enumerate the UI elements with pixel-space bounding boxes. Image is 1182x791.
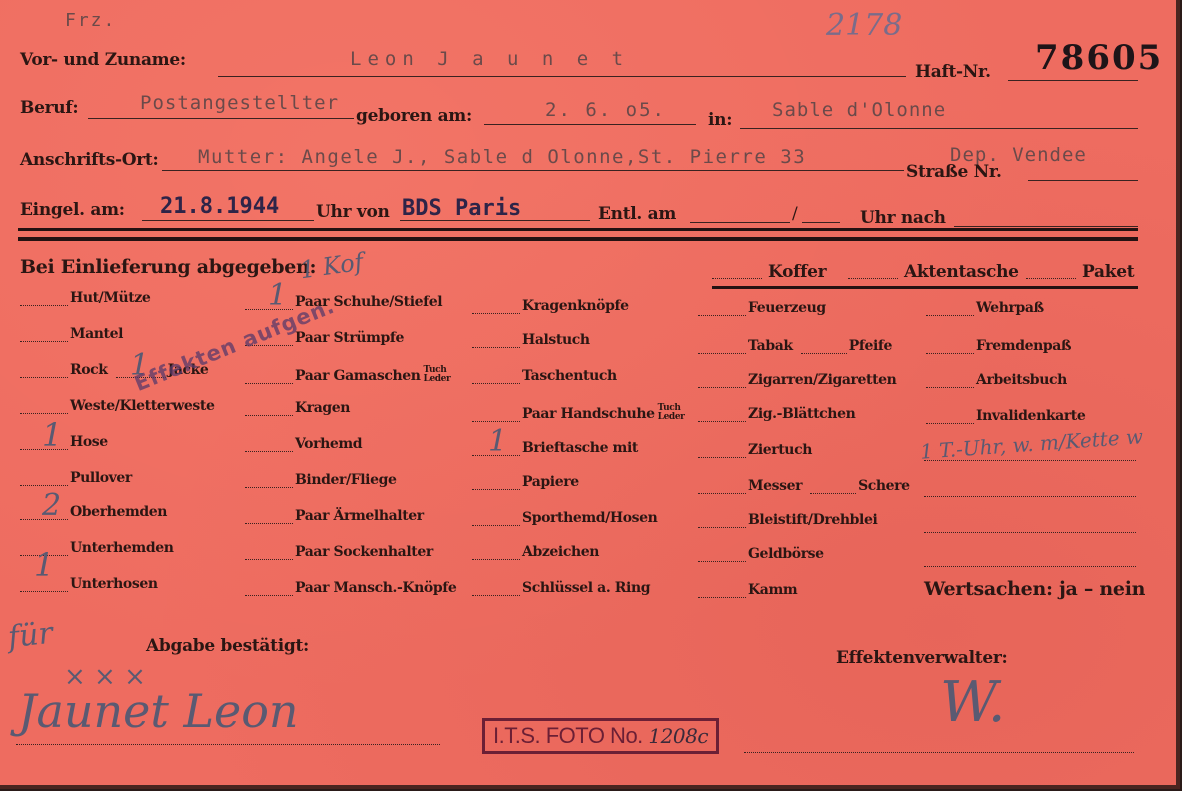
admitted-label: Eingel. am: xyxy=(20,200,125,220)
signature: Jaunet Leon xyxy=(18,684,299,738)
nationality: Frz. xyxy=(65,10,116,31)
street-label: Straße Nr. xyxy=(906,162,1002,182)
list-item: Paar Sockenhalter xyxy=(245,544,433,560)
luggage-koffer: Koffer xyxy=(768,262,826,282)
born-line xyxy=(484,124,696,125)
list-item: Hose xyxy=(20,434,108,450)
paket-dots xyxy=(1026,278,1076,279)
its-photo-stamp: I.T.S. FOTO No. 1208c xyxy=(482,718,719,754)
prisoner-no-label: Haft-Nr. xyxy=(915,62,991,82)
divider-thick xyxy=(18,228,1138,231)
qty-oberhemden: 2 xyxy=(42,488,61,523)
qty-brieftasche: 1 xyxy=(488,424,507,459)
list-item: Paar Ärmelhalter xyxy=(245,508,424,524)
effects-title-note: 1 Kof xyxy=(298,248,365,285)
list-item: Zigarren/Zigaretten xyxy=(698,372,896,388)
extra-line-2 xyxy=(924,496,1136,497)
address-label: Anschrifts-Ort: xyxy=(20,150,158,170)
signature-prefix: für xyxy=(6,616,54,655)
custodian-label: Effektenverwalter: xyxy=(836,648,1007,668)
released-line xyxy=(690,222,790,223)
list-item: Schlüssel a. Ring xyxy=(472,580,650,596)
list-item: Arbeitsbuch xyxy=(926,372,1067,388)
admitted-line xyxy=(142,220,314,221)
custodian-line xyxy=(744,752,1134,753)
list-item: Binder/Fliege xyxy=(245,472,397,488)
list-item: Hut/Mütze xyxy=(20,290,150,306)
its-stamp-label: I.T.S. FOTO No. xyxy=(493,723,643,748)
name-line xyxy=(218,76,906,77)
luggage-paket: Paket xyxy=(1082,262,1134,282)
list-item: Mantel xyxy=(20,326,123,342)
born-value: 2. 6. o5. xyxy=(545,99,666,121)
list-item: Sporthemd/Hosen xyxy=(472,510,657,526)
list-item: Bleistift/Drehblei xyxy=(698,512,877,528)
to-line xyxy=(954,226,1138,227)
released-time-line xyxy=(802,222,840,223)
list-item: Papiere xyxy=(472,474,579,490)
released-slash: / xyxy=(792,204,797,224)
occupation-label: Beruf: xyxy=(20,98,78,118)
name-label: Vor- und Zuname: xyxy=(20,50,186,70)
list-item: Taschentuch xyxy=(472,368,617,384)
extra-item-watch: 1 T.-Uhr, w. m/Kette w xyxy=(919,424,1143,464)
born-in-line xyxy=(740,128,1138,129)
koffer-dots xyxy=(712,278,762,279)
aktentasche-dots xyxy=(848,278,898,279)
list-item: Geldbörse xyxy=(698,546,824,562)
confirm-label: Abgabe bestätigt: xyxy=(146,636,309,656)
signature-line xyxy=(16,744,440,745)
list-item: Invalidenkarte xyxy=(926,408,1085,424)
list-item: Vorhemd xyxy=(245,436,362,452)
address-line xyxy=(162,170,904,171)
list-item: Kragenknöpfe xyxy=(472,298,629,314)
qty-unterhosen: 1 xyxy=(34,546,54,584)
list-item: Abzeichen xyxy=(472,544,599,560)
extra-line-4 xyxy=(924,566,1136,567)
qty-hose: 1 xyxy=(42,416,62,454)
list-item: Fremdenpaß xyxy=(926,338,1071,354)
list-item: Wehrpaß xyxy=(926,300,1044,316)
list-item: Kragen xyxy=(245,400,350,416)
list-item: Ziertuch xyxy=(698,442,812,458)
occupation-line xyxy=(88,118,354,119)
born-in-label: in: xyxy=(708,110,732,130)
divider-thick-2 xyxy=(18,237,1138,241)
list-item: Zig.-Blättchen xyxy=(698,406,855,422)
custodian-initial: W. xyxy=(940,670,1006,735)
list-item: Weste/Kletterweste xyxy=(20,398,214,414)
list-item: Pullover xyxy=(20,470,132,486)
list-item: TabakPfeife xyxy=(698,338,892,354)
prisoner-no-value: 78605 xyxy=(1035,38,1163,78)
occupation-value: Postangestellter xyxy=(140,92,339,114)
list-item: Paar HandschuheTuchLeder xyxy=(472,404,685,422)
valuables-label: Wertsachen: ja – nein xyxy=(924,578,1145,600)
address-value: Mutter: Angele J., Sable d Olonne,St. Pi… xyxy=(198,146,806,168)
luggage-underline xyxy=(712,286,1138,289)
prisoner-no-line xyxy=(1008,80,1138,81)
street-line xyxy=(1028,180,1138,181)
list-item: Paar Mansch.-Knöpfe xyxy=(245,580,456,596)
extra-line-3 xyxy=(924,532,1136,533)
time-to-label: Uhr nach xyxy=(860,208,946,228)
list-item: Halstuch xyxy=(472,332,590,348)
born-label: geboren am: xyxy=(356,106,472,126)
from-value: BDS Paris xyxy=(402,196,521,221)
effects-card: Frz. 2178 Vor- und Zuname: Leon J a u n … xyxy=(0,0,1180,789)
list-item: Kamm xyxy=(698,582,797,598)
qty-schuhe: 1 xyxy=(268,278,287,313)
name-value: Leon J a u n e t xyxy=(350,48,629,70)
archive-number: 2178 xyxy=(826,8,902,43)
list-item: MesserSchere xyxy=(698,478,910,494)
released-label: Entl. am xyxy=(598,204,676,224)
extra-line-1 xyxy=(924,460,1136,461)
list-item: Paar GamaschenTuchLeder xyxy=(245,366,450,384)
its-stamp-number: 1208c xyxy=(648,724,708,748)
admitted-value: 21.8.1944 xyxy=(160,194,279,219)
born-in-value: Sable d'Olonne xyxy=(772,99,946,121)
luggage-aktentasche: Aktentasche xyxy=(904,262,1019,282)
effects-title: Bei Einlieferung abgegeben: xyxy=(20,256,316,278)
time-from-label: Uhr von xyxy=(316,202,390,222)
list-item: Feuerzeug xyxy=(698,300,826,316)
